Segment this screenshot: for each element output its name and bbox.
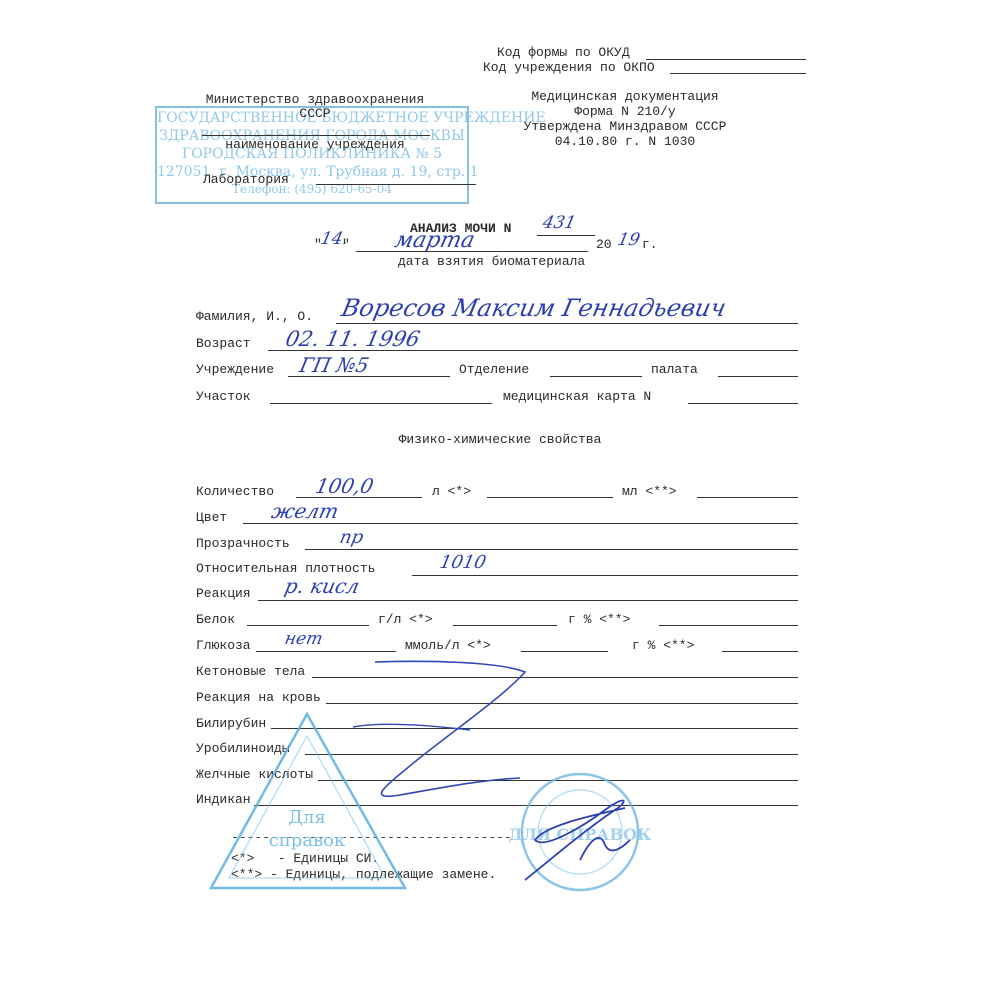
triangle-text-1: Для — [288, 807, 325, 828]
round-stamp: ДЛЯ СПРАВОК — [505, 770, 665, 900]
triangle-stamp: Для справок — [205, 708, 410, 898]
triangle-text-2: справок — [269, 830, 346, 851]
strike-through-mark — [0, 0, 1000, 1000]
